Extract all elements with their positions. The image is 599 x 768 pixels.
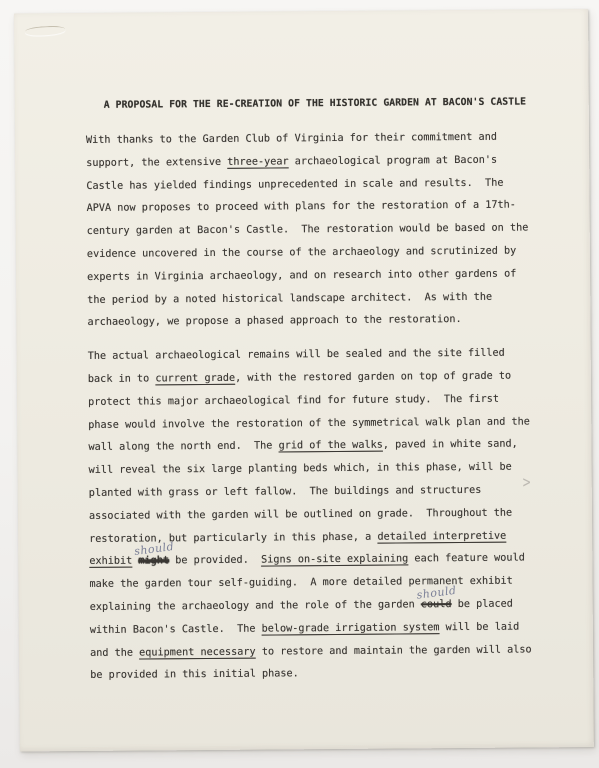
text-segment: wall along the north end. The	[88, 441, 278, 453]
text-segment: equipment necessary	[139, 646, 256, 658]
text-line: evidence uncovered in the course of the …	[87, 240, 557, 266]
scanned-page: A PROPOSAL FOR THE RE-CREATION OF THE HI…	[14, 9, 594, 751]
text-segment: below-grade irrigation system	[262, 622, 440, 634]
text-segment: current grade	[155, 373, 235, 385]
text-line: With thanks to the Garden Club of Virgin…	[86, 126, 556, 152]
text-segment: detailed interpretive	[377, 530, 506, 542]
text-line: archaeology, we propose a phased approac…	[87, 309, 557, 335]
text-segment: restoration, but particularly in this ph…	[89, 531, 377, 544]
text-segment: archaeological program at Bacon's	[289, 155, 498, 168]
paragraph: With thanks to the Garden Club of Virgin…	[86, 126, 558, 335]
text-segment: will reveal the six large planting beds …	[89, 462, 512, 476]
pencil-margin-mark: >	[523, 473, 531, 493]
text-segment: the period by a noted historical landsca…	[87, 291, 492, 305]
text-segment: to restore and maintain the garden will …	[256, 644, 532, 657]
text-line: will reveal the six large planting beds …	[89, 456, 559, 482]
text-segment: be provided.	[169, 555, 261, 567]
text-segment: support, the extensive	[86, 157, 227, 169]
text-segment: associated with the garden will be outli…	[89, 507, 512, 521]
text-line: protect this major archaeological find f…	[88, 388, 558, 414]
text-segment: Signs on-site explaining	[261, 554, 408, 566]
text-line: explaining the archaeology and the role …	[90, 593, 560, 619]
document-title: A PROPOSAL FOR THE RE-CREATION OF THE HI…	[104, 96, 526, 110]
text-line: and the equipment necessary to restore a…	[90, 639, 560, 665]
text-segment: With thanks to the Garden Club of Virgin…	[86, 132, 497, 146]
text-line: associated with the garden will be outli…	[89, 502, 559, 528]
text-segment: will be laid	[439, 621, 519, 633]
text-segment: Castle has yielded findings unprecedente…	[86, 177, 503, 191]
text-segment: explaining the archaeology and the role …	[90, 599, 421, 613]
text-segment: couldshould	[421, 599, 452, 610]
text-segment: protect this major archaeological find f…	[88, 393, 499, 407]
document-body: With thanks to the Garden Club of Virgin…	[86, 126, 560, 688]
text-line: be provided in this initial phase.	[90, 662, 560, 688]
text-segment: within Bacon's Castle. The	[90, 623, 262, 635]
text-segment: be provided in this initial phase.	[90, 669, 299, 682]
text-segment: back in to	[88, 373, 156, 385]
text-segment: planted with grass or left fallow. The b…	[89, 485, 482, 499]
text-line: back in to current grade, with the resto…	[88, 365, 558, 391]
text-segment: century garden at Bacon's Castle. The re…	[87, 223, 529, 237]
text-segment: each feature would	[408, 553, 525, 565]
text-segment: , paved in white sand,	[383, 439, 518, 451]
text-segment: APVA now proposes to proceed with plans …	[87, 200, 516, 214]
text-segment: archaeology, we propose a phased approac…	[87, 314, 461, 328]
text-segment: grid of the walks	[279, 440, 383, 452]
text-segment: The actual archaeological remains will b…	[88, 348, 505, 362]
text-line: experts in Virginia archaeology, and on …	[87, 263, 557, 289]
text-segment: three-year	[227, 156, 288, 167]
text-segment: evidence uncovered in the course of the …	[87, 246, 516, 260]
text-segment: , with the restored garden on top of gra…	[235, 371, 511, 384]
staple-mark	[25, 25, 65, 36]
text-line: within Bacon's Castle. The below-grade i…	[90, 616, 560, 642]
text-segment: phase would involve the restoration of t…	[88, 416, 530, 430]
text-line: the period by a noted historical landsca…	[87, 286, 557, 312]
text-segment: be placed	[452, 599, 513, 610]
text-segment: experts in Virginia archaeology, and on …	[87, 268, 516, 282]
text-segment: exhibit	[89, 556, 132, 567]
text-segment: make the garden tour self-guiding. A mor…	[89, 576, 512, 590]
paragraph: The actual archaeological remains will b…	[88, 342, 561, 688]
text-line: support, the extensive three-year archae…	[86, 149, 556, 175]
text-segment: mightshould	[138, 556, 169, 567]
text-segment: and the	[90, 647, 139, 658]
